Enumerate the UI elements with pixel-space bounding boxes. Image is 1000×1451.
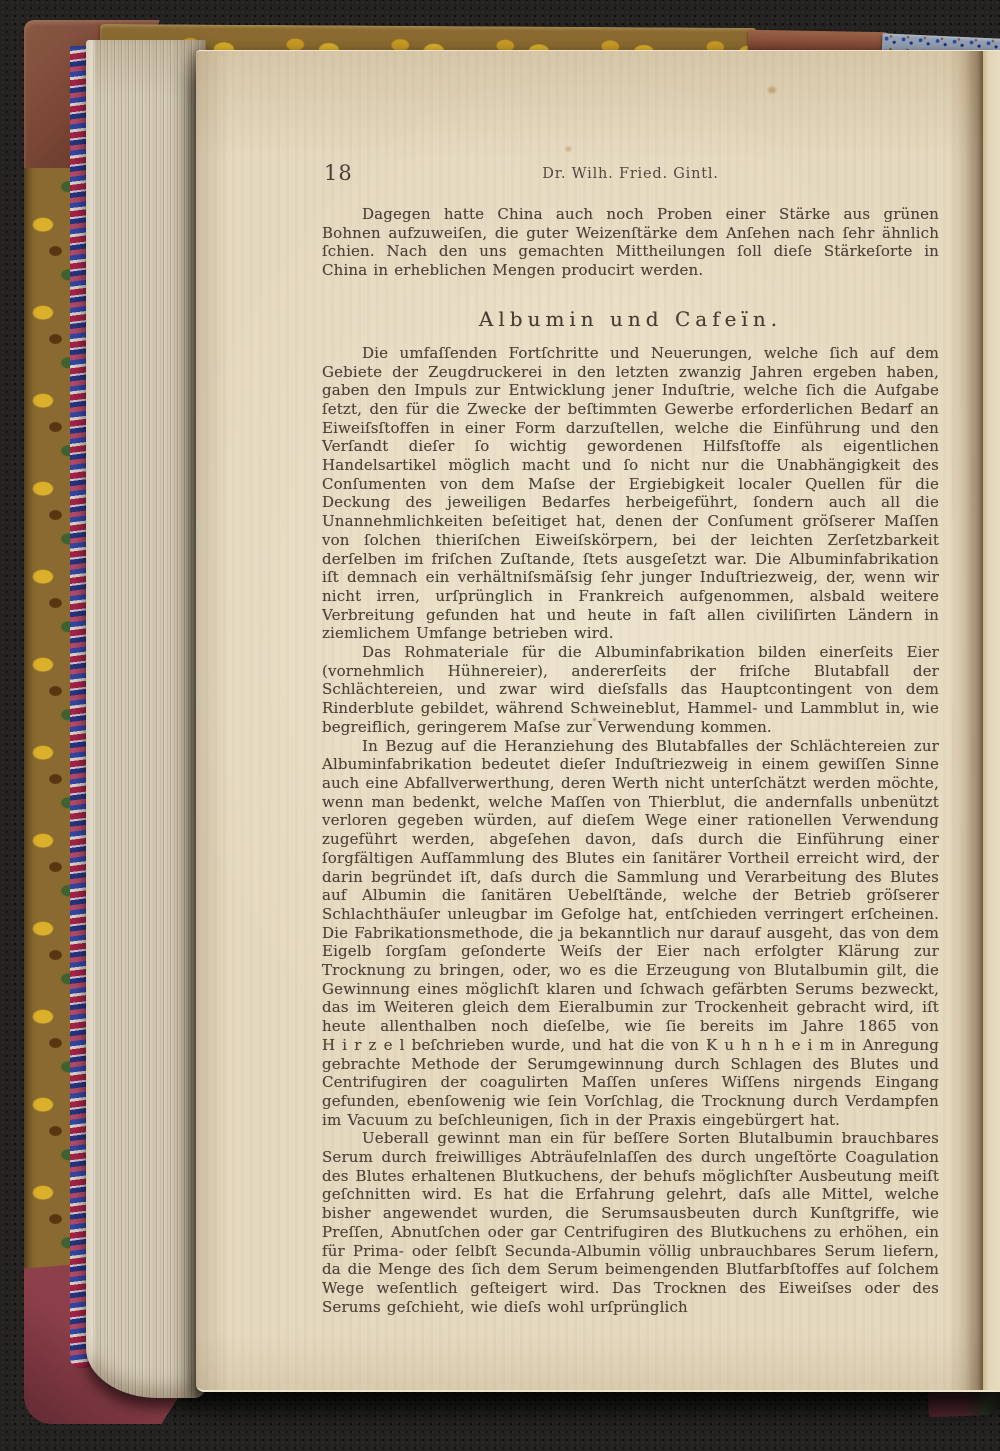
section-heading: Albumin und Cafeïn. [322,307,939,331]
book-page: 18 Dr. Wilh. Fried. Gintl. Dagegen hatte… [196,50,1000,1392]
body-paragraph: Das Rohmateriale für die Albuminfabrikat… [322,643,939,737]
foxing-spot [766,85,778,95]
body-paragraph: Die umfaſſenden Fortſchritte und Neuerun… [322,344,939,643]
text-block: 18 Dr. Wilh. Fried. Gintl. Dagegen hatte… [322,161,939,1316]
page-stack-edges [86,40,206,1398]
gutter-shadow [948,51,982,1390]
intro-paragraph: Dagegen hatte China auch noch Proben ein… [322,205,939,280]
page-header: 18 Dr. Wilh. Fried. Gintl. [322,161,939,189]
body-paragraph: Ueberall gewinnt man ein für beſſere Sor… [322,1129,939,1316]
book-scan: 18 Dr. Wilh. Fried. Gintl. Dagegen hatte… [0,0,1000,1451]
body-paragraph: In Bezug auf die Heranziehung des Blutab… [322,737,939,1130]
facing-page-edge [982,51,1000,1390]
foxing-spot [564,145,573,153]
running-title: Dr. Wilh. Fried. Gintl. [322,166,939,182]
